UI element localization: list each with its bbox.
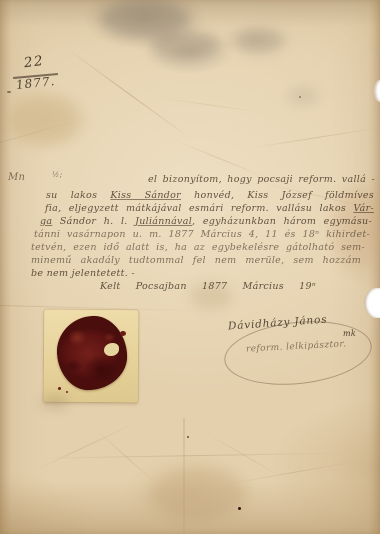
manuscript-line-4: ga Sándor h. l. Juliánnával, egyházunkba… bbox=[40, 215, 372, 228]
manuscript-line-5: tánni vasárnapon u. m. 1877 Március 4, 1… bbox=[34, 228, 370, 241]
reference-number-numerator: 22 bbox=[23, 55, 45, 70]
dateline: Kelt Pocsajban 1877 Március 19ⁿ bbox=[100, 280, 316, 293]
wax-fragment bbox=[120, 331, 126, 336]
pencil-smudge bbox=[42, 396, 68, 408]
line-4-text: Sándor h. l. bbox=[52, 216, 135, 227]
manuscript-line-8: be nem jelentetett. - bbox=[31, 267, 135, 280]
underlined-bride-firstname: Juliánnával bbox=[135, 216, 192, 227]
ink-speck bbox=[7, 91, 11, 93]
line-2-text: honvéd, Kiss József földmíves bbox=[181, 190, 374, 201]
underlined-bride-surname: Vár- bbox=[353, 203, 374, 214]
water-stain bbox=[150, 468, 245, 520]
manuscript-line-6: tetvén, ezen idő alatt is, ha az egybeke… bbox=[31, 241, 365, 254]
margin-fraction-mark: ½; bbox=[52, 168, 62, 181]
line-4-text: , egyházunkban három egymásu- bbox=[192, 216, 372, 227]
manuscript-line-1: el bizonyítom, hogy pocsaji reform. vall… bbox=[148, 173, 375, 186]
ink-speck bbox=[187, 436, 189, 438]
paper-stain bbox=[288, 88, 318, 104]
wax-crumb bbox=[58, 387, 61, 390]
vertical-fold-crease bbox=[183, 418, 185, 534]
manuscript-line-3: fia, eljegyzett mátkájával esmári reform… bbox=[45, 202, 374, 215]
manuscript-line-2: su lakos Kiss Sándor honvéd, Kiss József… bbox=[46, 189, 374, 202]
underlined-groom-name: Kiss Sándor bbox=[110, 190, 181, 201]
water-stain bbox=[10, 95, 80, 145]
underlined-bride-surname-cont: ga bbox=[40, 216, 52, 227]
ink-speck bbox=[299, 96, 301, 98]
manuscript-line-7: minemű akadály tudtommal fel nem merüle,… bbox=[31, 254, 361, 267]
line-3-text: fia, eljegyzett mátkájával esmári reform… bbox=[45, 203, 353, 214]
wax-crumb bbox=[66, 391, 68, 393]
ink-speck bbox=[238, 507, 241, 510]
scanned-document-photo: 22 1877. Mn ½; el bizonyítom, hogy pocsa… bbox=[0, 0, 380, 534]
torn-edge-notch bbox=[374, 80, 380, 102]
margin-scribble: Mn bbox=[8, 171, 25, 184]
paper-stain bbox=[235, 28, 285, 54]
paper-stain bbox=[150, 30, 220, 60]
line-2-text: su lakos bbox=[46, 190, 110, 201]
